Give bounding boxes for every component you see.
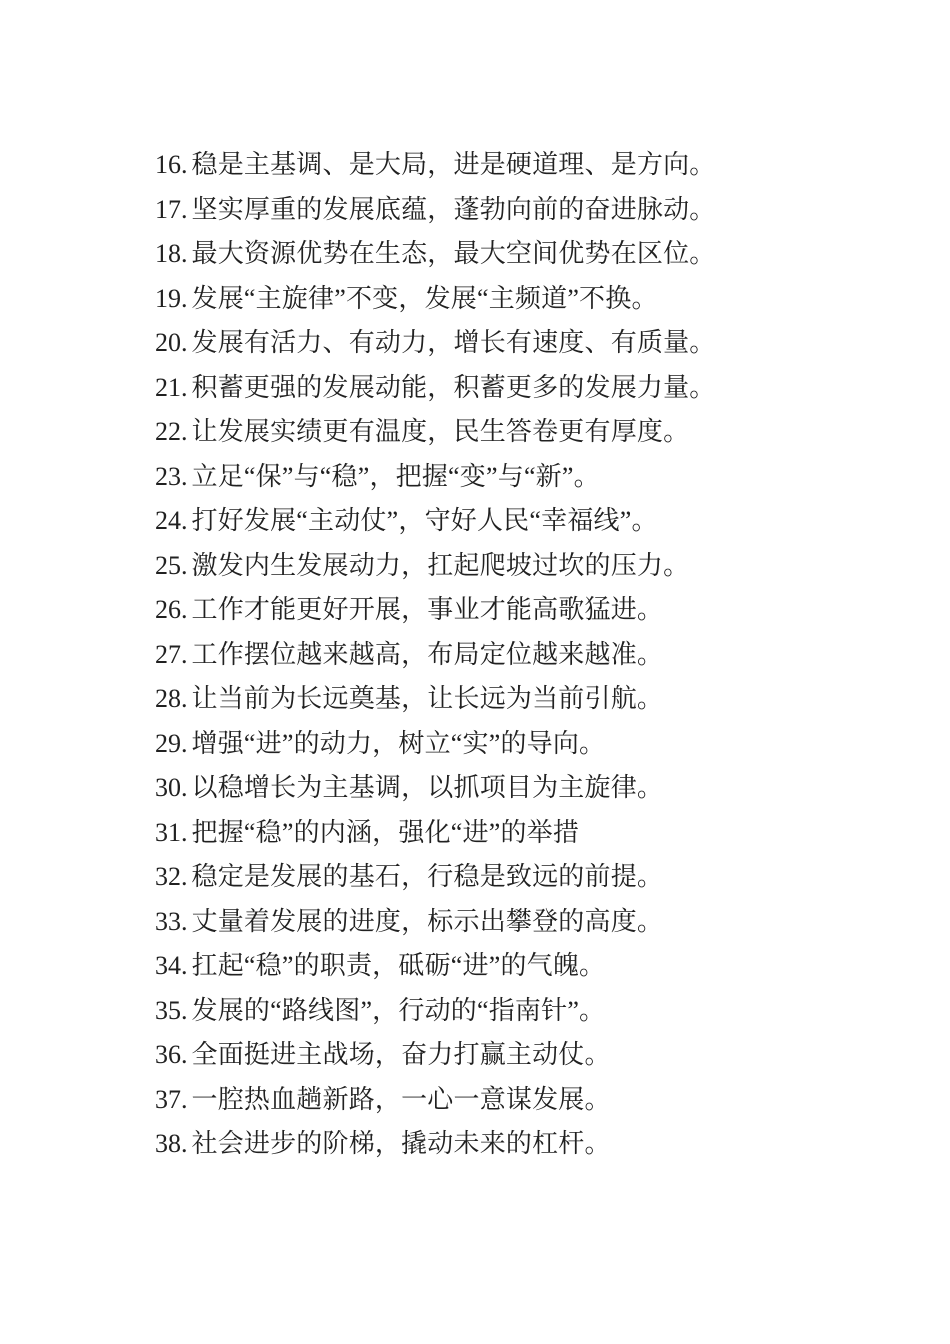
item-number: 22. <box>155 410 188 455</box>
list-item: 24.打好发展“主动仗”，守好人民“幸福线”。 <box>155 499 795 544</box>
list-item: 38.社会进步的阶梯，撬动未来的杠杆。 <box>155 1122 795 1167</box>
item-text: 坚实厚重的发展底蕴，蓬勃向前的奋进脉动。 <box>192 195 716 224</box>
item-text: 发展“主旋律”不变，发展“主频道”不换。 <box>192 284 658 313</box>
numbered-list: 16.稳是主基调、是大局，进是硬道理、是方向。17.坚实厚重的发展底蕴，蓬勃向前… <box>155 143 795 1167</box>
item-number: 16. <box>155 143 188 188</box>
item-text: 全面挺进主战场，奋力打赢主动仗。 <box>192 1040 611 1069</box>
item-number: 19. <box>155 277 188 322</box>
list-item: 33.丈量着发展的进度，标示出攀登的高度。 <box>155 900 795 945</box>
list-item: 21.积蓄更强的发展动能，积蓄更多的发展力量。 <box>155 366 795 411</box>
list-item: 36.全面挺进主战场，奋力打赢主动仗。 <box>155 1033 795 1078</box>
item-text: 扛起“稳”的职责，砥砺“进”的气魄。 <box>192 951 606 980</box>
item-number: 18. <box>155 232 188 277</box>
item-text: 发展有活力、有动力，增长有速度、有质量。 <box>192 328 716 357</box>
item-text: 最大资源优势在生态，最大空间优势在区位。 <box>192 239 716 268</box>
list-item: 34.扛起“稳”的职责，砥砺“进”的气魄。 <box>155 944 795 989</box>
item-text: 发展的“路线图”，行动的“指南针”。 <box>192 996 606 1025</box>
item-text: 稳是主基调、是大局，进是硬道理、是方向。 <box>192 150 716 179</box>
item-text: 稳定是发展的基石，行稳是致远的前提。 <box>192 862 664 891</box>
item-number: 29. <box>155 722 188 767</box>
item-number: 38. <box>155 1122 188 1167</box>
item-text: 工作摆位越来越高，布局定位越来越准。 <box>192 640 664 669</box>
item-number: 23. <box>155 455 188 500</box>
list-item: 19.发展“主旋律”不变，发展“主频道”不换。 <box>155 277 795 322</box>
item-text: 立足“保”与“稳”，把握“变”与“新”。 <box>192 462 600 491</box>
item-number: 25. <box>155 544 188 589</box>
list-item: 29.增强“进”的动力，树立“实”的导向。 <box>155 722 795 767</box>
list-item: 37.一腔热血趟新路，一心一意谋发展。 <box>155 1078 795 1123</box>
item-number: 26. <box>155 588 188 633</box>
item-text: 让当前为长远奠基，让长远为当前引航。 <box>192 684 664 713</box>
item-text: 增强“进”的动力，树立“实”的导向。 <box>192 729 606 758</box>
item-text: 社会进步的阶梯，撬动未来的杠杆。 <box>192 1129 611 1158</box>
list-item: 25.激发内生发展动力，扛起爬坡过坎的压力。 <box>155 544 795 589</box>
item-text: 激发内生发展动力，扛起爬坡过坎的压力。 <box>192 551 690 580</box>
list-item: 28.让当前为长远奠基，让长远为当前引航。 <box>155 677 795 722</box>
item-number: 32. <box>155 855 188 900</box>
list-item: 32.稳定是发展的基石，行稳是致远的前提。 <box>155 855 795 900</box>
item-number: 30. <box>155 766 188 811</box>
item-text: 打好发展“主动仗”，守好人民“幸福线”。 <box>192 506 658 535</box>
item-number: 24. <box>155 499 188 544</box>
item-number: 20. <box>155 321 188 366</box>
list-item: 31.把握“稳”的内涵，强化“进”的举措 <box>155 811 795 856</box>
list-item: 27.工作摆位越来越高，布局定位越来越准。 <box>155 633 795 678</box>
document-page: 16.稳是主基调、是大局，进是硬道理、是方向。17.坚实厚重的发展底蕴，蓬勃向前… <box>0 0 950 1344</box>
item-number: 33. <box>155 900 188 945</box>
item-text: 工作才能更好开展，事业才能高歌猛进。 <box>192 595 664 624</box>
list-item: 18.最大资源优势在生态，最大空间优势在区位。 <box>155 232 795 277</box>
list-item: 35.发展的“路线图”，行动的“指南针”。 <box>155 989 795 1034</box>
item-text: 积蓄更强的发展动能，积蓄更多的发展力量。 <box>192 373 716 402</box>
item-text: 一腔热血趟新路，一心一意谋发展。 <box>192 1085 611 1114</box>
item-text: 丈量着发展的进度，标示出攀登的高度。 <box>192 907 664 936</box>
item-number: 27. <box>155 633 188 678</box>
list-item: 26.工作才能更好开展，事业才能高歌猛进。 <box>155 588 795 633</box>
item-text: 以稳增长为主基调，以抓项目为主旋律。 <box>192 773 664 802</box>
list-item: 30.以稳增长为主基调，以抓项目为主旋律。 <box>155 766 795 811</box>
list-item: 17.坚实厚重的发展底蕴，蓬勃向前的奋进脉动。 <box>155 188 795 233</box>
item-number: 31. <box>155 811 188 856</box>
item-number: 35. <box>155 989 188 1034</box>
item-number: 17. <box>155 188 188 233</box>
item-number: 34. <box>155 944 188 989</box>
list-item: 20.发展有活力、有动力，增长有速度、有质量。 <box>155 321 795 366</box>
item-number: 21. <box>155 366 188 411</box>
list-item: 23.立足“保”与“稳”，把握“变”与“新”。 <box>155 455 795 500</box>
list-item: 22.让发展实绩更有温度，民生答卷更有厚度。 <box>155 410 795 455</box>
item-number: 28. <box>155 677 188 722</box>
item-number: 36. <box>155 1033 188 1078</box>
item-number: 37. <box>155 1078 188 1123</box>
item-text: 把握“稳”的内涵，强化“进”的举措 <box>192 818 580 847</box>
list-item: 16.稳是主基调、是大局，进是硬道理、是方向。 <box>155 143 795 188</box>
item-text: 让发展实绩更有温度，民生答卷更有厚度。 <box>192 417 690 446</box>
